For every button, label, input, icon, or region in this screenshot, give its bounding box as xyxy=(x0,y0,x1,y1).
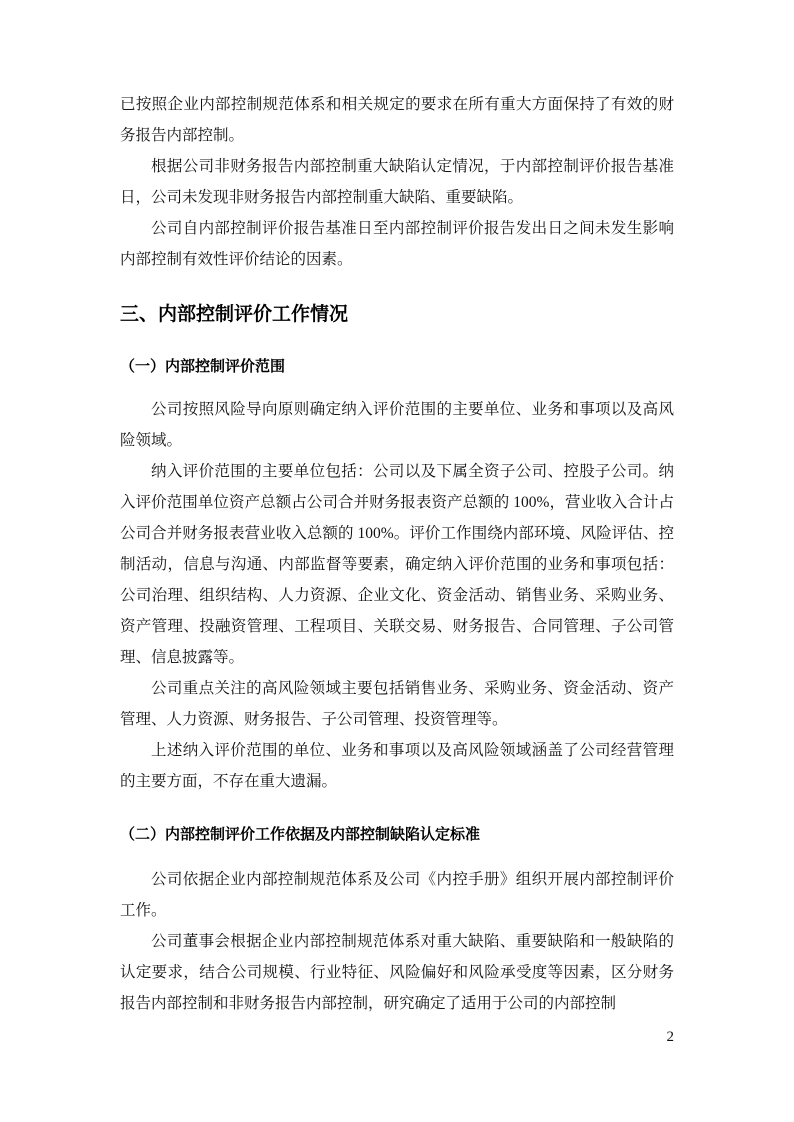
document-page: 已按照企业内部控制规范体系和相关规定的要求在所有重大方面保持了有效的财务报告内部… xyxy=(0,0,794,1122)
subsection-heading-evaluation-scope: （一）内部控制评价范围 xyxy=(120,351,674,382)
paragraph-board-defect-criteria: 公司董事会根据企业内部控制规范体系对重大缺陷、重要缺陷和一般缺陷的认定要求，结合… xyxy=(120,926,674,1019)
paragraph-no-major-omission: 上述纳入评价范围的单位、业务和事项以及高风险领域涵盖了公司经营管理的主要方面，不… xyxy=(120,735,674,797)
paragraph-nonfinancial-defects: 根据公司非财务报告内部控制重大缺陷认定情况，于内部控制评价报告基准日，公司未发现… xyxy=(120,151,674,213)
section-heading-evaluation-work: 三、内部控制评价工作情况 xyxy=(120,299,674,330)
paragraph-high-risk-areas: 公司重点关注的高风险领域主要包括销售业务、采购业务、资金活动、资产管理、人力资源… xyxy=(120,673,674,735)
paragraph-evaluation-basis: 公司依据企业内部控制规范体系及公司《内控手册》组织开展内部控制评价工作。 xyxy=(120,864,674,926)
paragraph-scope-units-and-items: 纳入评价范围的主要单位包括：公司以及下属全资子公司、控股子公司。纳入评价范围单位… xyxy=(120,456,674,673)
paragraph-no-influencing-factors: 公司自内部控制评价报告基准日至内部控制评价报告发出日之间未发生影响内部控制有效性… xyxy=(120,213,674,275)
paragraph-financial-control-conclusion: 已按照企业内部控制规范体系和相关规定的要求在所有重大方面保持了有效的财务报告内部… xyxy=(120,89,674,151)
page-number: 2 xyxy=(667,1022,675,1053)
subsection-heading-evaluation-basis: （二）内部控制评价工作依据及内部控制缺陷认定标准 xyxy=(120,819,674,850)
paragraph-risk-oriented-principle: 公司按照风险导向原则确定纳入评价范围的主要单位、业务和事项以及高风险领域。 xyxy=(120,394,674,456)
